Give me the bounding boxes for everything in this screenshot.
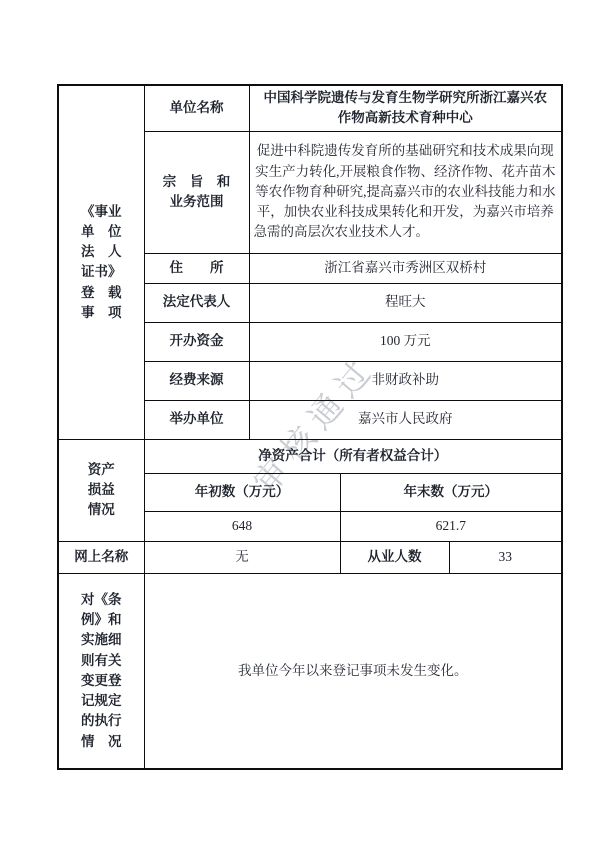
address-label: 住 所 bbox=[144, 253, 249, 283]
year-end-label: 年末数（万元） bbox=[340, 473, 562, 511]
registration-table: 《事业 单 位 法 人 证书》 登 载 事 项 单位名称 中国科学院遗传与发育生… bbox=[57, 84, 563, 770]
compliance-label: 对《条 例》和 实施细 则有关 变更登 记规定 的执行 情 况 bbox=[58, 573, 144, 769]
net-assets-header: 净资产合计（所有者权益合计） bbox=[144, 439, 562, 473]
purpose-label: 宗 旨 和 业务范围 bbox=[144, 131, 249, 253]
year-start-value: 648 bbox=[144, 511, 340, 541]
sponsor-value: 嘉兴市人民政府 bbox=[249, 400, 562, 439]
online-name-row: 网上名称 无 从业人数 33 bbox=[58, 541, 562, 573]
unit-name-label: 单位名称 bbox=[144, 85, 249, 131]
sponsor-label: 举办单位 bbox=[144, 400, 249, 439]
legal-rep-value: 程旺大 bbox=[249, 283, 562, 322]
unit-name-row: 《事业 单 位 法 人 证书》 登 载 事 项 单位名称 中国科学院遗传与发育生… bbox=[58, 85, 562, 131]
address-value: 浙江省嘉兴市秀洲区双桥村 bbox=[249, 253, 562, 283]
staff-count-value: 33 bbox=[449, 541, 562, 573]
funding-label: 经费来源 bbox=[144, 361, 249, 400]
document-page: 审核通过 《事业 单 位 法 人 证书》 登 载 事 项 单位名称 中国科学院遗… bbox=[0, 0, 595, 844]
unit-name-value: 中国科学院遗传与发育生物学研究所浙江嘉兴农 作物高新技术育种中心 bbox=[249, 85, 562, 131]
staff-count-label: 从业人数 bbox=[340, 541, 449, 573]
funding-value: 非财政补助 bbox=[249, 361, 562, 400]
legal-rep-label: 法定代表人 bbox=[144, 283, 249, 322]
assets-section-label: 资产 损益 情况 bbox=[58, 439, 144, 541]
year-start-label: 年初数（万元） bbox=[144, 473, 340, 511]
online-name-value: 无 bbox=[144, 541, 340, 573]
cert-items-label: 《事业 单 位 法 人 证书》 登 载 事 项 bbox=[58, 85, 144, 439]
online-name-label: 网上名称 bbox=[58, 541, 144, 573]
net-assets-header-row: 资产 损益 情况 净资产合计（所有者权益合计） bbox=[58, 439, 562, 473]
capital-value: 100 万元 bbox=[249, 322, 562, 361]
purpose-value: 促进中科院遗传发育所的基础研究和技术成果向现实生产力转化,开展粮食作物、经济作物… bbox=[249, 131, 562, 253]
compliance-value: 我单位今年以来登记事项未发生变化。 bbox=[144, 573, 562, 769]
capital-label: 开办资金 bbox=[144, 322, 249, 361]
year-end-value: 621.7 bbox=[340, 511, 562, 541]
compliance-row: 对《条 例》和 实施细 则有关 变更登 记规定 的执行 情 况 我单位今年以来登… bbox=[58, 573, 562, 769]
